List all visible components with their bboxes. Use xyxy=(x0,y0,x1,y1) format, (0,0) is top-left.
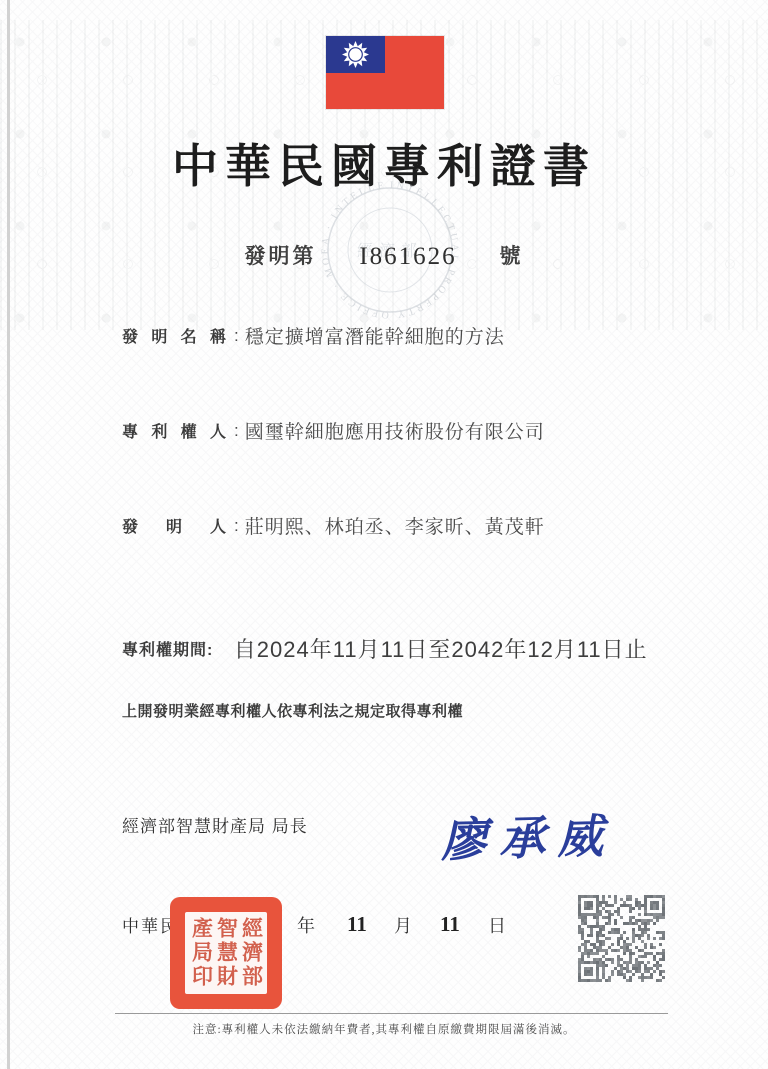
cert-no-prefix: 發明第 xyxy=(244,245,316,268)
field-colon: : xyxy=(234,516,239,535)
field-value: 穩定擴增富潛能幹細胞的方法 xyxy=(245,327,505,348)
date-year-unit: 年 xyxy=(297,912,315,938)
footer-divider xyxy=(115,1013,668,1014)
date-month: 11 xyxy=(347,912,367,937)
field-invention-name: 發明名稱:穩定擴增富潛能幹細胞的方法 xyxy=(122,322,505,349)
date-day: 11 xyxy=(440,912,460,937)
official-red-seal: 經濟部 智慧財 產局印 xyxy=(170,897,282,1009)
seal-inner-face: 經濟部 智慧財 產局印 xyxy=(185,912,267,994)
certificate-title: 中華民國專利證書 xyxy=(0,130,768,196)
issue-date-line: 中華民國 113 年 11 月 11 日 xyxy=(0,912,768,942)
cert-no-suffix: 號 xyxy=(500,245,524,268)
cert-no-value: I861626 xyxy=(359,243,456,270)
date-day-unit: 日 xyxy=(488,912,506,938)
date-month-unit: 月 xyxy=(394,912,412,938)
field-value: 莊明熙、林珀丞、李家昕、黃茂軒 xyxy=(245,517,545,538)
field-inventors: 發明人:莊明熙、林珀丞、李家昕、黃茂軒 xyxy=(122,512,545,539)
term-value: 自2024年11月11日至2042年12月11日止 xyxy=(234,637,648,662)
term-label: 專利權期間: xyxy=(122,642,213,659)
field-label: 發明名稱 xyxy=(122,324,226,347)
seal-text-column: 產局印 xyxy=(191,917,212,989)
director-signature: 廖承威 xyxy=(427,799,629,870)
field-colon: : xyxy=(234,326,239,345)
seal-text-column: 智慧財 xyxy=(216,917,237,989)
field-patent-term: 專利權期間: 自2024年11月11日至2042年12月11日止 xyxy=(122,633,648,664)
field-colon: : xyxy=(234,421,239,440)
seal-text-column: 經濟部 xyxy=(241,917,262,989)
field-value: 國璽幹細胞應用技術股份有限公司 xyxy=(245,422,545,443)
patent-certificate-page: 中華民國專利證書 INTELLECTUAL PROPERTY OFFICE · … xyxy=(0,0,768,1069)
grant-statement: 上開發明業經專利權人依專利法之規定取得專利權 xyxy=(122,700,463,721)
field-label: 發明人 xyxy=(122,514,226,537)
footnote-text: 注意:專利權人未依法繳納年費者,其專利權自原繳費期限屆滿後消滅。 xyxy=(0,1021,768,1037)
field-patentee: 專利權人:國璽幹細胞應用技術股份有限公司 xyxy=(122,417,545,444)
field-label: 專利權人 xyxy=(122,419,226,442)
flag-sun-icon xyxy=(326,36,385,73)
taiwan-flag-icon xyxy=(326,36,444,109)
certificate-number-line: 發明第 I861626 號 xyxy=(0,240,768,271)
issuer-title: 經濟部智慧財產局 局長 xyxy=(122,812,308,837)
